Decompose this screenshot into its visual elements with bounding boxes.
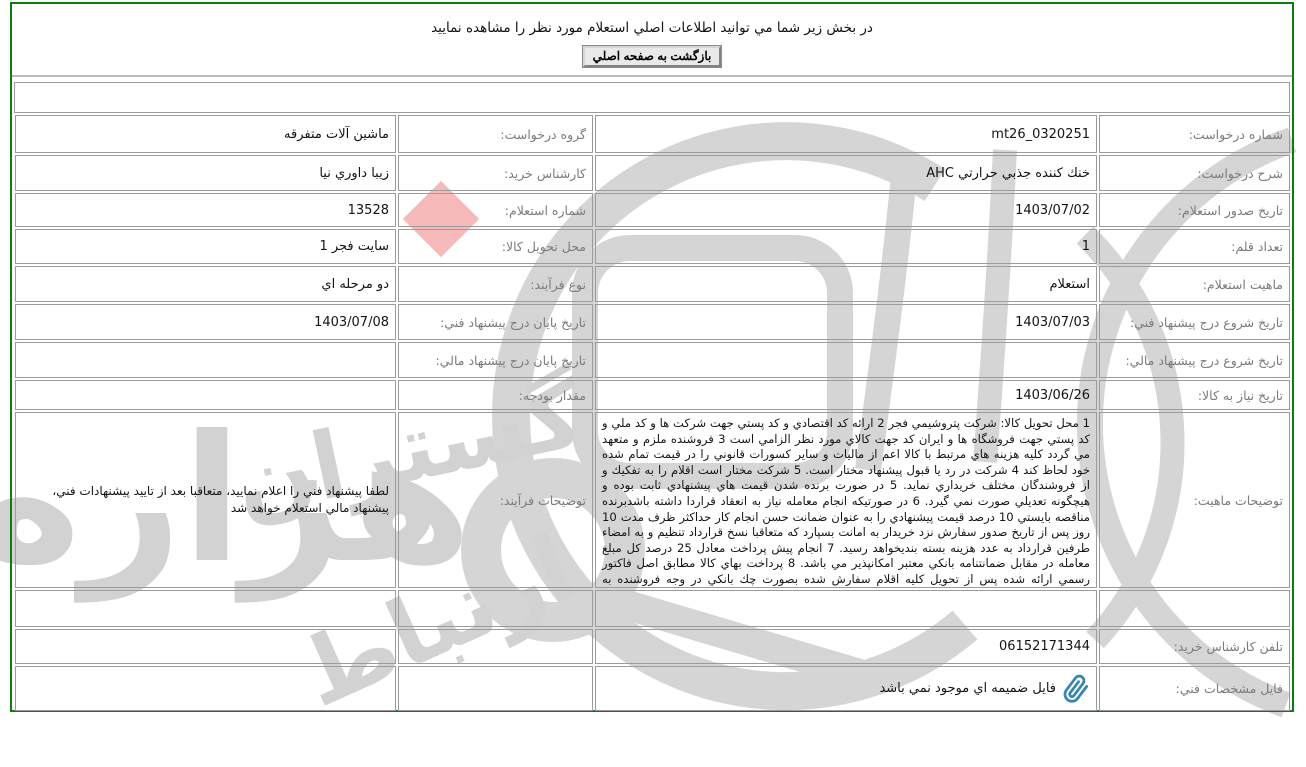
table-row: تاريخ صدور استعلام: 1403/07/02 شماره است… — [14, 193, 1290, 227]
fin-proposal-start-value — [595, 342, 1097, 378]
inquiry-table: شماره درخواست: mt26_0320251 گروه درخواست… — [14, 115, 1290, 711]
request-number-label: شماره درخواست: — [1099, 115, 1290, 153]
process-type-value: دو مرحله اي — [15, 266, 396, 302]
request-description-label: شرح درخواست: — [1099, 155, 1290, 191]
empty-cell — [15, 629, 396, 664]
table-row: تاريخ شروع درج پيشنهاد مالي: تاريخ پايان… — [14, 342, 1290, 378]
budget-amount-value — [15, 380, 396, 410]
inquiry-nature-label: ماهيت استعلام: — [1099, 266, 1290, 302]
paperclip-icon[interactable] — [1060, 673, 1092, 705]
process-notes-value: لطفا پيشنهاد فني را اعلام نماييد، متعاقب… — [15, 412, 396, 588]
inquiry-issue-date-label: تاريخ صدور استعلام: — [1099, 193, 1290, 227]
page: هزاره گستران ارتباط در بخش زير شما مي تو… — [0, 0, 1306, 767]
inquiry-nature-value: استعلام — [595, 266, 1097, 302]
fin-proposal-end-value — [15, 342, 396, 378]
goods-need-date-label: تاريخ نياز به كالا: — [1099, 380, 1290, 410]
empty-banner-row — [14, 82, 1290, 113]
empty-cell — [398, 629, 593, 664]
purchase-expert-value: زيبا داوري نيا — [15, 155, 396, 191]
table-row: تاريخ نياز به كالا: 1403/06/26 مقدار بود… — [14, 380, 1290, 410]
table-row: تاريخ شروع درج پيشنهاد فني: 1403/07/03 ت… — [14, 304, 1290, 340]
request-group-label: گروه درخواست: — [398, 115, 593, 153]
process-type-label: نوع فرآيند: — [398, 266, 593, 302]
empty-cell — [398, 666, 593, 711]
form-frame: در بخش زير شما مي توانيد اطلاعات اصلي اس… — [10, 2, 1294, 712]
table-row: شماره درخواست: mt26_0320251 گروه درخواست… — [14, 115, 1290, 153]
attachment-status: فايل ضميمه اي موجود نمي باشد — [879, 681, 1056, 696]
delivery-place-label: محل تحويل كالا: — [398, 229, 593, 264]
inquiry-number-value: 13528 — [15, 193, 396, 227]
delivery-place-value: سايت فجر 1 — [15, 229, 396, 264]
request-number-value: mt26_0320251 — [595, 115, 1097, 153]
purchase-expert-label: كارشناس خريد: — [398, 155, 593, 191]
table-row: ماهيت استعلام: استعلام نوع فرآيند: دو مر… — [14, 266, 1290, 302]
request-group-value: ماشين آلات متفرقه — [15, 115, 396, 153]
back-to-home-button[interactable]: بازگشت به صفحه اصلي — [583, 46, 722, 67]
expert-phone-label: تلفن كارشناس خريد: — [1099, 629, 1290, 664]
fin-proposal-start-label: تاريخ شروع درج پيشنهاد مالي: — [1099, 342, 1290, 378]
expert-phone-value: 06152171344 — [595, 629, 1097, 664]
budget-amount-label: مقدار بودجه: — [398, 380, 593, 410]
table-row: تعداد قلم: 1 محل تحويل كالا: سايت فجر 1 — [14, 229, 1290, 264]
tech-proposal-end-label: تاريخ پايان درج پيشنهاد فني: — [398, 304, 593, 340]
table-row: شرح درخواست: خنك كننده جذبي حرارتي AHC ك… — [14, 155, 1290, 191]
nature-notes-value: 1 محل تحويل كالا: شركت پتروشيمي فجر 2 ار… — [595, 412, 1097, 588]
empty-cell — [15, 666, 396, 711]
tech-proposal-start-label: تاريخ شروع درج پيشنهاد فني: — [1099, 304, 1290, 340]
item-count-value: 1 — [595, 229, 1097, 264]
table-row: توضيحات ماهيت: 1 محل تحويل كالا: شركت پت… — [14, 412, 1290, 588]
tech-spec-file-label: فايل مشخصات فني: — [1099, 666, 1290, 711]
process-notes-label: توضيحات فرآيند: — [398, 412, 593, 588]
fin-proposal-end-label: تاريخ پايان درج پيشنهاد مالي: — [398, 342, 593, 378]
request-description-value: خنك كننده جذبي حرارتي AHC — [595, 155, 1097, 191]
tech-spec-file-value: فايل ضميمه اي موجود نمي باشد — [595, 666, 1097, 711]
inquiry-issue-date-value: 1403/07/02 — [595, 193, 1097, 227]
goods-need-date-value: 1403/06/26 — [595, 380, 1097, 410]
form-header: در بخش زير شما مي توانيد اطلاعات اصلي اس… — [12, 4, 1292, 77]
inquiry-number-label: شماره استعلام: — [398, 193, 593, 227]
empty-cell — [595, 590, 1097, 627]
empty-cell — [15, 590, 396, 627]
table-row — [14, 590, 1290, 627]
empty-cell — [1099, 590, 1290, 627]
item-count-label: تعداد قلم: — [1099, 229, 1290, 264]
tech-proposal-end-value: 1403/07/08 — [15, 304, 396, 340]
nature-notes-label: توضيحات ماهيت: — [1099, 412, 1290, 588]
table-row: فايل مشخصات فني: فايل ضميمه اي موجود نمي… — [14, 666, 1290, 711]
page-title: در بخش زير شما مي توانيد اطلاعات اصلي اس… — [12, 20, 1292, 36]
tech-proposal-start-value: 1403/07/03 — [595, 304, 1097, 340]
table-row: تلفن كارشناس خريد: 06152171344 — [14, 629, 1290, 664]
empty-cell — [398, 590, 593, 627]
